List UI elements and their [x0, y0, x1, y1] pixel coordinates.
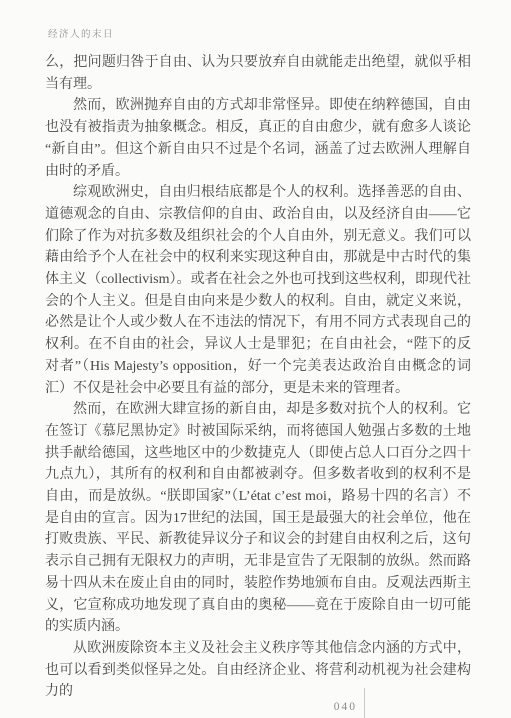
page-footer: 040 — [0, 686, 511, 718]
paragraph-continuation: 么，把问题归咎于自由、认为只要放弃自由就能走出绝望，就似乎相当有理。 — [45, 52, 471, 95]
running-header: 经济人的末日 — [48, 26, 114, 40]
paragraph: 然而，在欧洲大肆宣扬的新自由，却是多数对抗个人的权利。它在签订《慕尼黑协定》时被… — [45, 399, 471, 638]
paragraph: 然而，欧洲抛弃自由的方式却非常怪异。即使在纳粹德国，自由也没有被指责为抽象概念。… — [45, 95, 471, 182]
body-text: 么，把问题归咎于自由、认为只要放弃自由就能走出绝望，就似乎相当有理。 然而，欧洲… — [45, 52, 471, 703]
page-number: 040 — [334, 701, 357, 713]
paragraph: 综观欧洲史，自由归根结底都是个人的权利。选择善恶的自由、道德观念的自由、宗教信仰… — [45, 182, 471, 399]
book-page: 经济人的末日 么，把问题归咎于自由、认为只要放弃自由就能走出绝望，就似乎相当有理… — [0, 0, 511, 718]
footer-rule — [364, 688, 365, 718]
